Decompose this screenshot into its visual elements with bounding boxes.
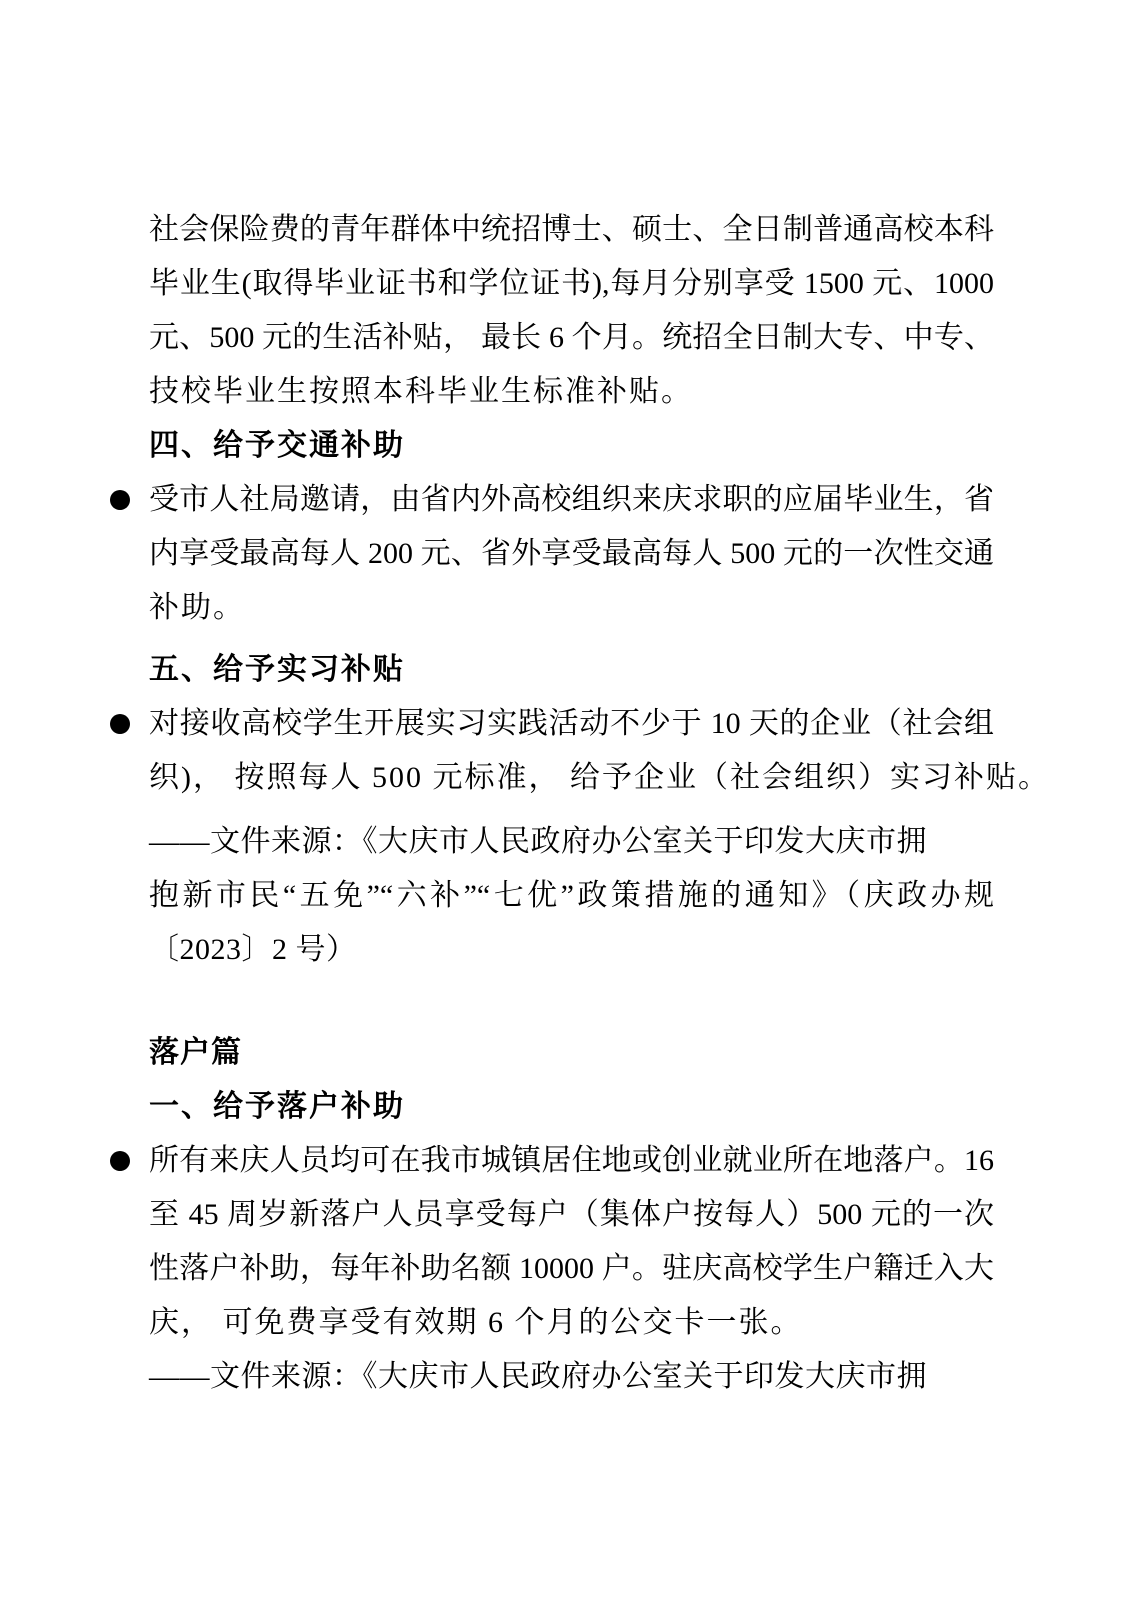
source-line: 〔2023〕2 号） [149,923,994,977]
paragraph-line: 技校毕业生按照本科毕业生标准补贴。 [149,365,994,419]
body-paragraph-living-subsidy: 社会保险费的青年群体中统招博士、硕士、全日制普通高校本科 毕业生(取得毕业证书和… [149,203,994,419]
document-content: 社会保险费的青年群体中统招博士、硕士、全日制普通高校本科 毕业生(取得毕业证书和… [149,203,994,1404]
heading-internship-subsidy: 五、给予实习补贴 [149,643,994,697]
bullet-line: 内享受最高每人 200 元、省外享受最高每人 500 元的一次性交通 [149,527,994,581]
bullet-line: 对接收高校学生开展实习实践活动不少于 10 天的企业（社会组 [149,697,994,751]
bullet-line: 庆， 可免费享受有效期 6 个月的公交卡一张。 [149,1296,994,1350]
heading-text: 一、给予落户补助 [149,1080,994,1134]
source-line: 抱新市民“五免”“六补”“七优”政策措施的通知》（庆政办规 [149,869,994,923]
section-title-text: 落户篇 [149,1026,994,1080]
document-page: 社会保险费的青年群体中统招博士、硕士、全日制普通高校本科 毕业生(取得毕业证书和… [0,0,1131,1600]
section-title-settlement: 落户篇 [149,1026,994,1080]
bullet-icon [110,714,130,734]
heading-text: 五、给予实习补贴 [149,643,994,697]
source-citation-settlement: ——文件来源：《大庆市人民政府办公室关于印发大庆市拥 [149,1350,994,1404]
heading-transport-subsidy: 四、给予交通补助 [149,419,994,473]
bullet-line: 受市人社局邀请，由省内外高校组织来庆求职的应届毕业生，省 [149,473,994,527]
bullet-icon [110,1151,130,1171]
bullet-line: 补助。 [149,581,994,635]
bullet-icon [110,490,130,510]
source-line: ——文件来源：《大庆市人民政府办公室关于印发大庆市拥 [149,815,994,869]
heading-settlement-subsidy: 一、给予落户补助 [149,1080,994,1134]
heading-text: 四、给予交通补助 [149,419,994,473]
bullet-line: 所有来庆人员均可在我市城镇居住地或创业就业所在地落户。16 [149,1134,994,1188]
bullet-line: 性落户补助，每年补助名额 10000 户。驻庆高校学生户籍迁入大 [149,1242,994,1296]
paragraph-line: 元、500 元的生活补贴， 最长 6 个月。统招全日制大专、中专、 [149,311,994,365]
bullet-line: 织)， 按照每人 500 元标准， 给予企业（社会组织）实习补贴。 [149,751,994,805]
paragraph-line: 毕业生(取得毕业证书和学位证书),每月分别享受 1500 元、1000 [149,257,994,311]
paragraph-line: 社会保险费的青年群体中统招博士、硕士、全日制普通高校本科 [149,203,994,257]
bullet-item-transport: 受市人社局邀请，由省内外高校组织来庆求职的应届毕业生，省 内享受最高每人 200… [149,473,994,635]
source-citation-employment: ——文件来源：《大庆市人民政府办公室关于印发大庆市拥 抱新市民“五免”“六补”“… [149,815,994,977]
source-line: ——文件来源：《大庆市人民政府办公室关于印发大庆市拥 [149,1350,994,1404]
bullet-line: 至 45 周岁新落户人员享受每户（集体户按每人）500 元的一次 [149,1188,994,1242]
bullet-item-settlement: 所有来庆人员均可在我市城镇居住地或创业就业所在地落户。16 至 45 周岁新落户… [149,1134,994,1350]
bullet-item-internship: 对接收高校学生开展实习实践活动不少于 10 天的企业（社会组 织)， 按照每人 … [149,697,994,805]
